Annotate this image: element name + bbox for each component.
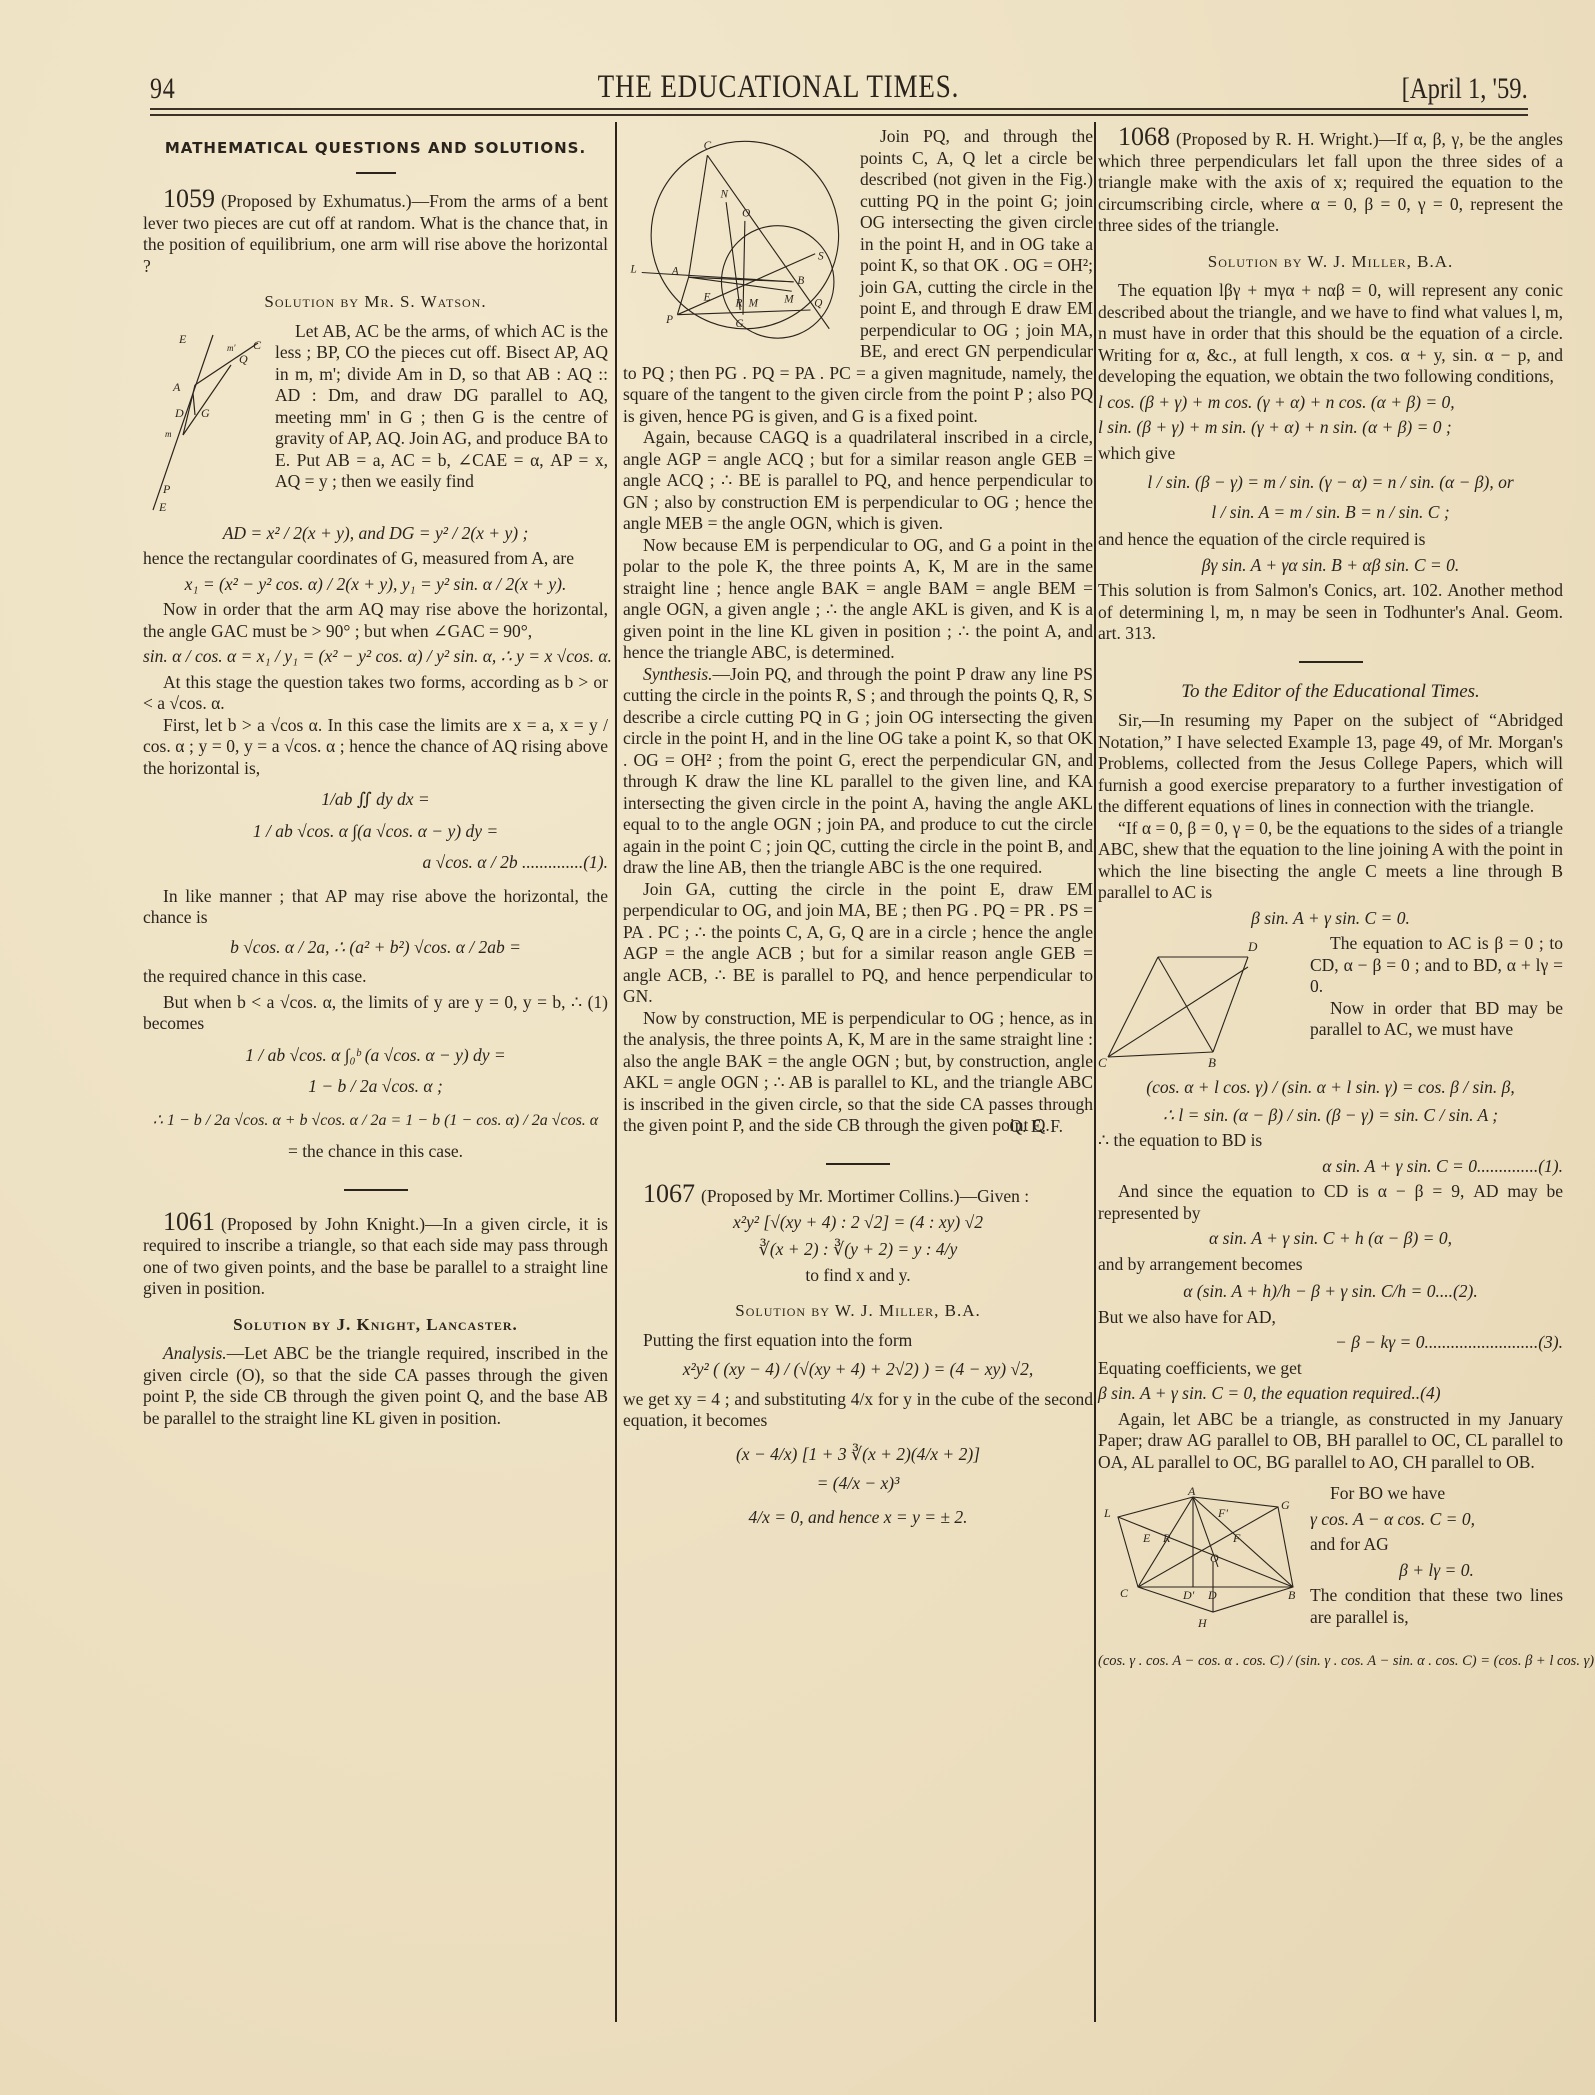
letter-para: Again, let ABC be a triangle, as constru… [1098,1409,1563,1474]
svg-text:C: C [253,338,262,352]
svg-text:m: m [165,429,172,439]
svg-text:N: N [720,189,730,201]
solution-para: Now in order that the arm AQ may rise ab… [143,599,608,642]
svg-text:G: G [736,318,744,330]
solution-heading: Solution by J. Knight, Lancaster. [143,1314,608,1336]
svg-text:F: F [1232,1531,1241,1545]
question-1059: 1059(Proposed by Exhumatus.)—From the ar… [143,188,608,277]
letter-heading: To the Editor of the Educational Times. [1098,681,1563,703]
svg-text:E: E [1142,1531,1151,1545]
section-heading: MATHEMATICAL QUESTIONS AND SOLUTIONS. [143,138,608,158]
svg-text:B: B [1208,1055,1216,1067]
svg-text:D: D [1247,939,1258,954]
svg-text:C: C [1098,1055,1107,1067]
svg-text:M: M [783,294,794,306]
equation: l sin. (β + γ) + m sin. (γ + α) + n sin.… [1098,417,1563,439]
svg-text:A: A [1187,1487,1196,1498]
svg-text:A: A [671,265,679,277]
solution-para: This solution is from Salmon's Conics, a… [1098,580,1563,645]
svg-text:H: H [1197,1616,1208,1630]
divider [1299,661,1363,663]
solution-para: hence the rectangular coordinates of G, … [143,548,608,570]
solution-para: Now because EM is perpendicular to OG, a… [623,535,1093,664]
letter-para: ∴ the equation to BD is [1098,1130,1563,1152]
svg-text:M: M [748,297,759,309]
bent-lever-figure: ECm' QAD GmPE [143,325,263,515]
equation: (cos. α + l cos. γ) / (sin. α + l sin. γ… [1098,1077,1563,1099]
equation: l / sin. (β − γ) = m / sin. (γ − α) = n … [1098,472,1563,494]
inscribed-triangle-figure: CNO SLA BER MMQ PG [623,130,848,340]
question-1067: 1067(Proposed by Mr. Mortimer Collins.)—… [623,1183,1093,1208]
solution-heading: Solution by Mr. S. Watson. [143,291,608,313]
equation: ∴ l = sin. (α − β) / sin. (β − γ) = sin.… [1098,1105,1563,1127]
solution-para: and hence the equation of the circle req… [1098,529,1563,551]
svg-text:O: O [742,207,750,219]
svg-text:Q: Q [239,352,248,366]
page-number: 94 [150,72,176,106]
svg-text:B: B [797,275,804,287]
column-2: CNO SLA BER MMQ PG Join PQ, and through … [623,126,1093,1532]
solution-para: which give [1098,443,1563,465]
svg-text:E: E [178,332,187,346]
newspaper-title: THE EDUCATIONAL TIMES. [597,69,959,106]
column-3: 1068(Proposed by R. H. Wright.)—If α, β,… [1098,126,1563,1677]
svg-text:E: E [158,500,167,514]
equation: b √cos. α / 2a, ∴ (a² + b²) √cos. α / 2a… [143,937,608,959]
solution-para: Putting the first equation into the form [623,1330,1093,1352]
equation: α sin. A + γ sin. C = 0..............(1)… [1098,1156,1563,1178]
equation: a √cos. α / 2b ..............(1). [143,852,608,874]
solution-para: In like manner ; that AP may rise above … [143,886,608,929]
svg-text:S: S [818,250,824,262]
synthesis-text: —Join PQ, and through the point P draw a… [623,664,1093,878]
equation: ∴ 1 − b / 2a √cos. α + b √cos. α / 2a = … [143,1110,608,1132]
equation: = (4/x − x)³ [623,1473,1093,1495]
question-statement: (Proposed by Mr. Mortimer Collins.)—Give… [701,1186,1029,1206]
svg-text:L: L [630,264,637,276]
svg-text:L: L [1103,1506,1111,1520]
divider [344,1189,408,1191]
equation: 1 / ab √cos. α ∫₀ᵇ (a √cos. α − y) dy = [143,1045,608,1067]
synthesis-para: Synthesis.—Join PQ, and through the poin… [623,664,1093,879]
letter-para: and by arrangement becomes [1098,1254,1563,1276]
question-1068: 1068(Proposed by R. H. Wright.)—If α, β,… [1098,126,1563,237]
solution-para: Join GA, cutting the circle in the point… [623,879,1093,1008]
svg-text:F': F' [1217,1506,1228,1520]
parallelogram-figure: DCB [1098,937,1298,1067]
equation: β sin. A + γ sin. C = 0. [1098,908,1563,930]
letter-para: Sir,—In resuming my Paper on the subject… [1098,710,1563,818]
equation: 1 − b / 2a √cos. α ; [143,1076,608,1098]
solution-para: First, let b > a √cos α. In this case th… [143,715,608,780]
svg-text:R: R [735,297,743,309]
triangle-construction-figure: ALF' GER FOC D'DB H [1098,1487,1298,1637]
analysis-label: Analysis. [163,1343,227,1363]
letter-para: “If α = 0, β = 0, γ = 0, be the equation… [1098,818,1563,904]
to-find: to find x and y. [623,1265,1093,1287]
analysis-para: Analysis.—Let ABC be the triangle requir… [143,1343,608,1429]
equation: l cos. (β + γ) + m cos. (γ + α) + n cos.… [1098,392,1563,414]
column-divider-2 [1094,122,1096,2022]
solution-para: At this stage the question takes two for… [143,672,608,715]
question-number: 1059 [163,184,215,213]
equation: 4/x = 0, and hence x = y = ± 2. [623,1507,1093,1529]
svg-text:C: C [1120,1586,1129,1600]
letter-para: Equating coefficients, we get [1098,1358,1563,1380]
question-number: 1068 [1118,122,1170,151]
svg-text:O: O [1210,1551,1219,1565]
solution-heading: Solution by W. J. Miller, B.A. [1098,251,1563,273]
equation: (x − 4/x) [1 + 3 ∛(x + 2)(4/x + 2)] [623,1444,1093,1466]
svg-text:G: G [201,406,210,420]
svg-text:R: R [1162,1531,1171,1545]
equation: x₁ = (x² − y² cos. α) / 2(x + y), y₁ = y… [143,574,608,596]
solution-para: we get xy = 4 ; and substituting 4/x for… [623,1389,1093,1432]
equation: = the chance in this case. [143,1141,608,1163]
issue-date: [April 1, '59. [1402,72,1528,106]
equation: sin. α / cos. α = x₁ / y₁ = (x² − y² cos… [143,646,608,668]
svg-text:B: B [1288,1588,1296,1602]
svg-text:E: E [703,292,711,304]
svg-text:Q: Q [814,297,822,309]
solution-para: the required chance in this case. [143,966,608,988]
svg-text:D: D [1207,1588,1217,1602]
question-number: 1067 [643,1179,695,1208]
equation: α sin. A + γ sin. C + h (α − β) = 0, [1098,1228,1563,1250]
divider [826,1163,890,1165]
synthesis-label: Synthesis. [643,664,713,684]
masthead-rule [150,108,1528,116]
equation: ∛(x + 2) : ∛(y + 2) = y : 4/y [623,1239,1093,1261]
equation: x²y² ( (xy − 4) / (√(xy + 4) + 2√2) ) = … [623,1359,1093,1381]
solution-para: The equation lβγ + mγα + nαβ = 0, will r… [1098,280,1563,388]
question-number: 1061 [163,1207,215,1236]
equation: 1 / ab √cos. α ∫(a √cos. α − y) dy = [143,821,608,843]
solution-para: But when b < a √cos. α, the limits of y … [143,992,608,1035]
svg-text:C: C [704,140,712,152]
column-divider-1 [615,122,617,2022]
equation: (cos. γ . cos. A − cos. α . cos. C) / (s… [1098,1651,1563,1673]
svg-text:D: D [174,406,184,420]
svg-text:D': D' [1182,1588,1195,1602]
equation: 1/ab ∬ dy dx = [143,789,608,811]
svg-text:m': m' [227,343,236,353]
masthead: 94 THE EDUCATIONAL TIMES. [April 1, '59. [150,62,1528,106]
equation: β sin. A + γ sin. C = 0, the equation re… [1098,1383,1563,1405]
equation: l / sin. A = m / sin. B = n / sin. C ; [1098,502,1563,524]
equation: AD = x² / 2(x + y), and DG = y² / 2(x + … [143,523,608,545]
letter-para: And since the equation to CD is α − β = … [1098,1181,1563,1224]
equation: x²y² [√(xy + 4) : 2 √2] = (4 : xy) √2 [623,1212,1093,1234]
equation: α (sin. A + h)/h − β + γ sin. C/h = 0...… [1098,1281,1563,1303]
solution-para: Again, because CAGQ is a quadrilateral i… [623,427,1093,535]
svg-text:P: P [162,482,171,496]
column-1: MATHEMATICAL QUESTIONS AND SOLUTIONS. 10… [143,126,608,1429]
equation: − β − kγ = 0..........................(3… [1098,1332,1563,1354]
letter-para: But we also have for AD, [1098,1307,1563,1329]
equation: βγ sin. A + γα sin. B + αβ sin. C = 0. [1098,555,1563,577]
solution-heading: Solution by W. J. Miller, B.A. [623,1300,1093,1322]
svg-text:A: A [172,380,181,394]
svg-text:G: G [1281,1498,1290,1512]
divider [356,172,396,174]
question-1061: 1061(Proposed by John Knight.)—In a give… [143,1211,608,1300]
svg-text:P: P [665,314,673,326]
